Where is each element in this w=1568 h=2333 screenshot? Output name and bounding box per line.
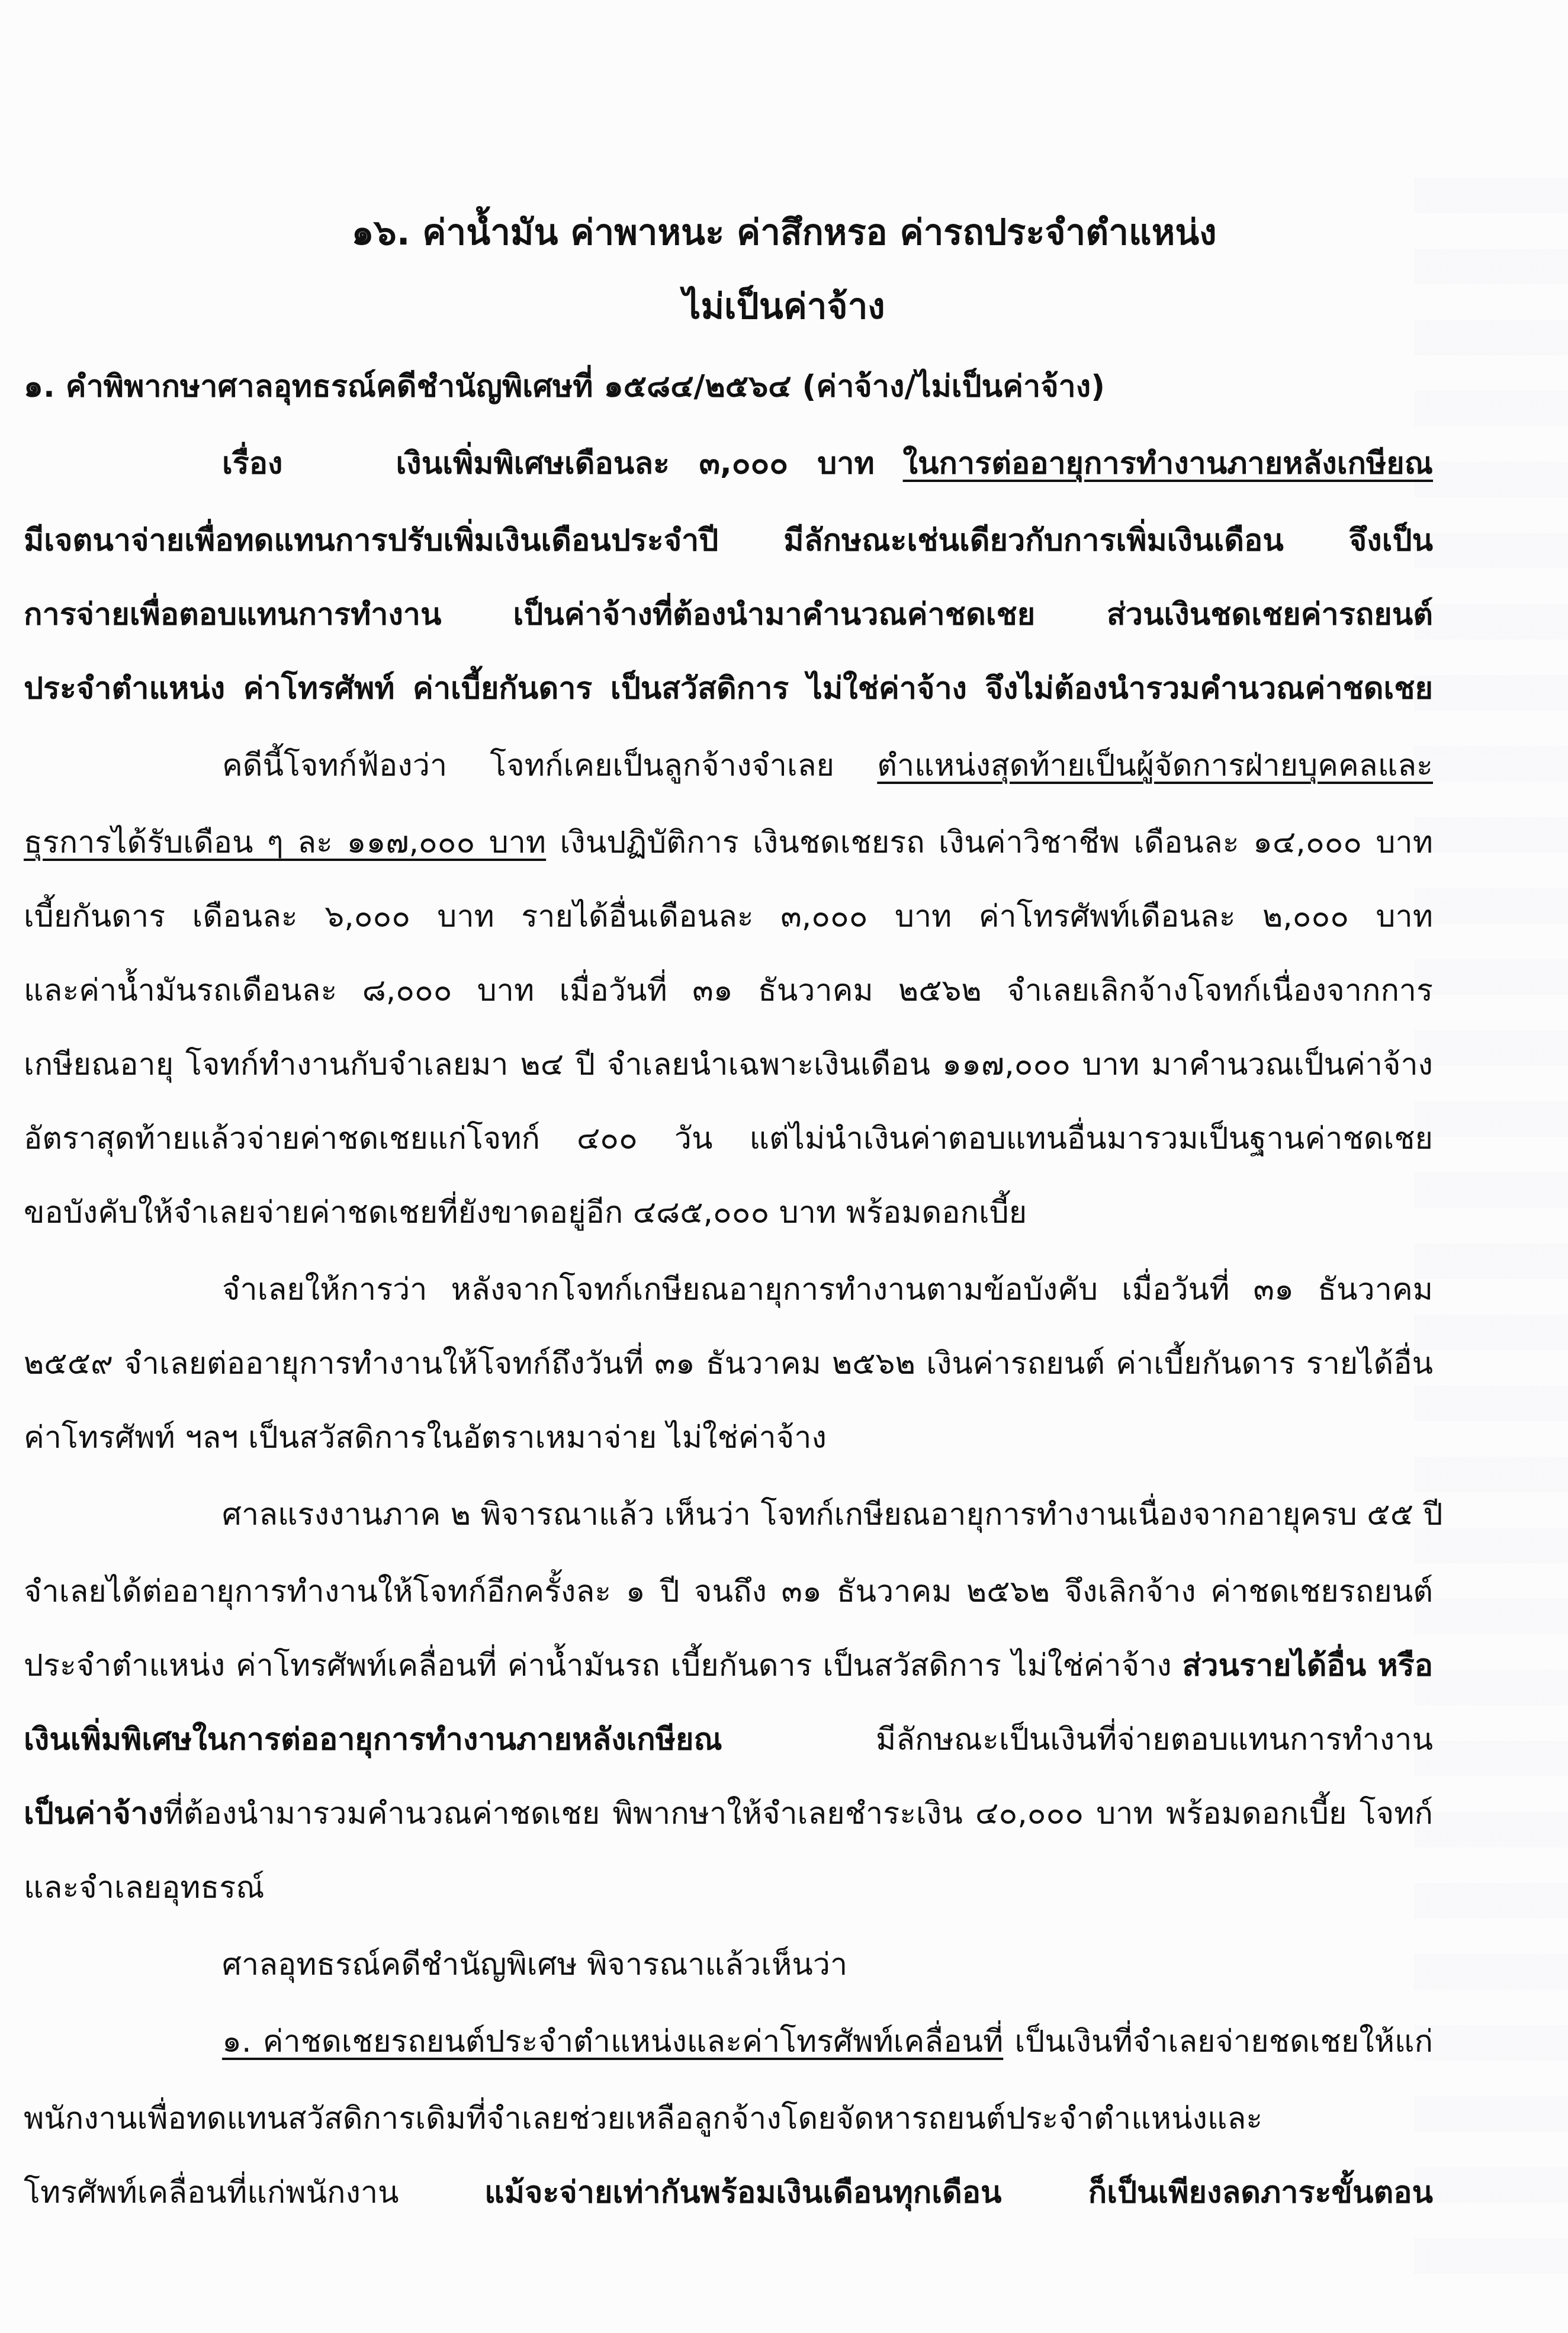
- summary-line: มีเจตนาจ่ายเพื่อทดแทนการปรับเพิ่มเงินเดื…: [24, 515, 1433, 564]
- labor-court-text: ที่ต้องนำมารวมคำนวณค่าชดเชย พิพากษาให้จำ…: [163, 1796, 1433, 1831]
- case-heading: ๑. คำพิพากษาศาลอุทธรณ์คดีชำนัญพิเศษที่ ๑…: [24, 361, 1433, 410]
- subject-underlined: ในการต่ออายุการทำงานภายหลังเกษียณ: [903, 446, 1433, 481]
- facts-line: อัตราสุดท้ายแล้วจ่ายค่าชดเชยแก่โจทก์ ๔๐๐…: [24, 1113, 1433, 1162]
- appeal-court-text: เป็นเงินที่จำเลยจ่ายชดเชยให้แก่: [1015, 2024, 1434, 2059]
- summary-line: ประจำตำแหน่ง ค่าโทรศัพท์ ค่าเบี้ยกันดาร …: [24, 663, 1433, 712]
- facts-line: ขอบังคับให้จำเลยจ่ายค่าชดเชยที่ยังขาดอยู…: [24, 1187, 1433, 1236]
- summary-line: การจ่ายเพื่อตอบแทนการทำงาน เป็นค่าจ้างที…: [24, 589, 1433, 638]
- facts-text: เงินปฏิบัติการ เงินชดเชยรถ เงินค่าวิชาชี…: [560, 825, 1433, 860]
- appeal-point-heading: ๑. ค่าชดเชยรถยนต์ประจำตำแหน่งและค่าโทรศั…: [222, 2024, 1003, 2059]
- labor-court-line: และจำเลยอุทธรณ์: [24, 1862, 1433, 1911]
- appeal-court-bold: แม้จะจ่ายเท่ากันพร้อมเงินเดือนทุกเดือน ก…: [484, 2175, 1433, 2210]
- facts-line: ธุรการได้รับเดือน ๆ ละ ๑๑๗,๐๐๐ บาท เงินป…: [24, 817, 1433, 866]
- document-page: ๑๖. ค่าน้ำมัน ค่าพาหนะ ค่าสึกหรอ ค่ารถปร…: [0, 0, 1568, 2333]
- subject-label: เรื่อง: [222, 446, 282, 481]
- appeal-court-line: โทรศัพท์เคลื่อนที่แก่พนักงาน แม้จะจ่ายเท…: [24, 2167, 1433, 2216]
- facts-underlined: ธุรการได้รับเดือน ๆ ละ ๑๑๗,๐๐๐ บาท: [24, 825, 546, 860]
- defense-line: ๒๕๕๙ จำเลยต่ออายุการทำงานให้โจทก์ถึงวันท…: [24, 1338, 1433, 1387]
- labor-court-text: ประจำตำแหน่ง ค่าโทรศัพท์เคลื่อนที่ ค่าน้…: [24, 1648, 1172, 1683]
- labor-court-line: เงินเพิ่มพิเศษในการต่ออายุการทำงานภายหลั…: [24, 1714, 1433, 1763]
- appeal-court-line: พนักงานเพื่อทดแทนสวัสดิการเดิมที่จำเลยช่…: [24, 2093, 1433, 2142]
- labor-court-line: เป็นค่าจ้างที่ต้องนำมารวมคำนวณค่าชดเชย พ…: [24, 1788, 1433, 1837]
- labor-court-text: มีลักษณะเป็นเงินที่จ่ายตอบแทนการทำงาน: [876, 1722, 1433, 1757]
- appeal-court-text: โทรศัพท์เคลื่อนที่แก่พนักงาน: [24, 2175, 399, 2210]
- labor-court-bold: ส่วนรายได้อื่น หรือ: [1182, 1648, 1433, 1683]
- section-title: ๑๖. ค่าน้ำมัน ค่าพาหนะ ค่าสึกหรอ ค่ารถปร…: [0, 204, 1568, 261]
- subject-text: เงินเพิ่มพิเศษเดือนละ ๓,๐๐๐ บาท: [396, 446, 875, 481]
- facts-underlined: ตำแหน่งสุดท้ายเป็นผู้จัดการฝ่ายบุคคลและ: [877, 748, 1433, 783]
- subject-line: เรื่อง เงินเพิ่มพิเศษเดือนละ ๓,๐๐๐ บาท ใ…: [222, 438, 1433, 487]
- labor-court-bold: เงินเพิ่มพิเศษในการต่ออายุการทำงานภายหลั…: [24, 1722, 722, 1757]
- labor-court-line: จำเลยได้ต่ออายุการทำงานให้โจทก์อีกครั้งล…: [24, 1566, 1433, 1615]
- facts-line: คดีนี้โจทก์ฟ้องว่า โจทก์เคยเป็นลูกจ้างจำ…: [222, 740, 1433, 789]
- section-subtitle: ไม่เป็นค่าจ้าง: [0, 278, 1568, 335]
- defense-line: ค่าโทรศัพท์ ฯลฯ เป็นสวัสดิการในอัตราเหมา…: [24, 1412, 1433, 1461]
- facts-text: คดีนี้โจทก์ฟ้องว่า โจทก์เคยเป็นลูกจ้างจำ…: [222, 748, 834, 783]
- appeal-court-line: ๑. ค่าชดเชยรถยนต์ประจำตำแหน่งและค่าโทรศั…: [222, 2016, 1433, 2065]
- facts-line: เกษียณอายุ โจทก์ทำงานกับจำเลยมา ๒๔ ปี จำ…: [24, 1039, 1433, 1088]
- scan-bleed-through: [1414, 178, 1568, 2309]
- labor-court-bold: เป็นค่าจ้าง: [24, 1796, 163, 1831]
- appeal-court-intro: ศาลอุทธรณ์คดีชำนัญพิเศษ พิจารณาแล้วเห็นว…: [222, 1939, 1433, 1988]
- labor-court-line: ประจำตำแหน่ง ค่าโทรศัพท์เคลื่อนที่ ค่าน้…: [24, 1640, 1433, 1689]
- defense-line: จำเลยให้การว่า หลังจากโจทก์เกษียณอายุการ…: [222, 1264, 1433, 1313]
- facts-line: และค่าน้ำมันรถเดือนละ ๘,๐๐๐ บาท เมื่อวัน…: [24, 965, 1433, 1014]
- facts-line: เบี้ยกันดาร เดือนละ ๖,๐๐๐ บาท รายได้อื่น…: [24, 891, 1433, 940]
- labor-court-line: ศาลแรงงานภาค ๒ พิจารณาแล้ว เห็นว่า โจทก์…: [222, 1489, 1433, 1538]
